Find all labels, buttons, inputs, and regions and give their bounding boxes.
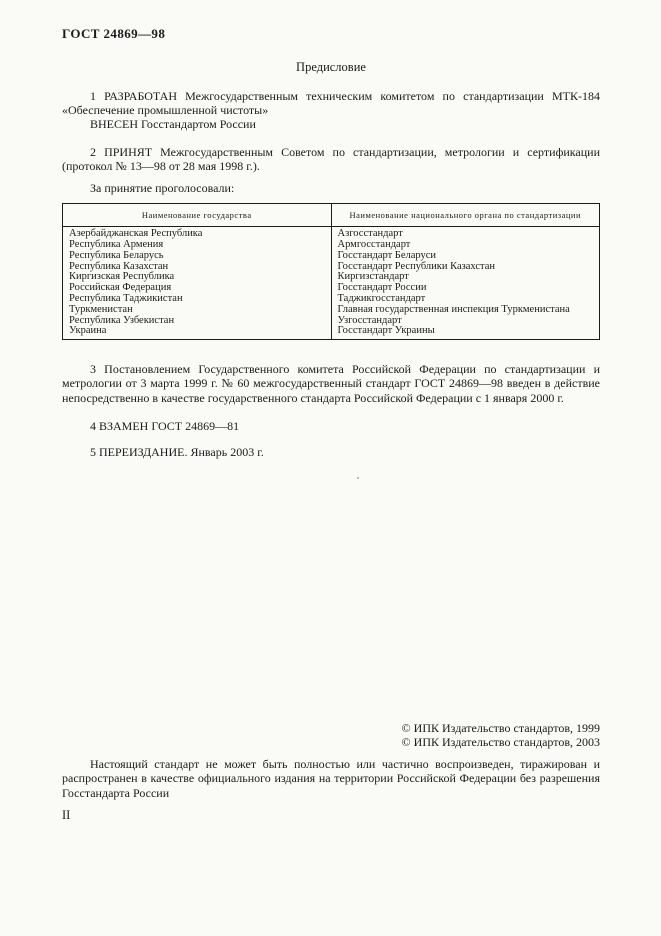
table-header-row: Наименование государства Наименование на…: [63, 204, 600, 227]
state-cell: Украина: [63, 326, 332, 339]
table-row: Украина Госстандарт Украины: [63, 326, 600, 339]
state-cell: Азербайджанская Республика: [63, 227, 332, 240]
doc-code: ГОСТ 24869—98: [62, 26, 600, 42]
copyright-line-1999: © ИПК Издательство стандартов, 1999: [62, 721, 600, 735]
table-row: Республика Беларусь Госстандарт Беларуси: [63, 251, 600, 262]
vote-table: Наименование государства Наименование на…: [62, 203, 600, 340]
document-page: ГОСТ 24869—98 Предисловие 1 РАЗРАБОТАН М…: [0, 0, 661, 936]
paragraph-decree: 3 Постановлением Государственного комите…: [62, 362, 600, 405]
body-cell: Азгосстандарт: [331, 227, 600, 240]
restriction-paragraph: Настоящий стандарт не может быть полност…: [62, 757, 600, 800]
copyright-block: © ИПК Издательство стандартов, 1999 © ИП…: [62, 721, 600, 749]
column-header-state: Наименование государства: [63, 204, 332, 227]
body-cell: Главная государственная инспекция Туркме…: [331, 305, 600, 316]
table-row: Азербайджанская Республика Азгосстандарт: [63, 227, 600, 240]
paragraph-replaces: 4 ВЗАМЕН ГОСТ 24869—81: [62, 419, 600, 433]
state-cell: Республика Беларусь: [63, 251, 332, 262]
paragraph-submitted: ВНЕСЕН Госстандартом России: [62, 117, 600, 131]
body-cell: Госстандарт Беларуси: [331, 251, 600, 262]
page-number: II: [62, 808, 600, 823]
paragraph-adopted: 2 ПРИНЯТ Межгосударственным Советом по с…: [62, 145, 600, 173]
state-cell: Туркменистан: [63, 305, 332, 316]
page-title: Предисловие: [62, 60, 600, 75]
copyright-line-2003: © ИПК Издательство стандартов, 2003: [62, 735, 600, 749]
body-cell: Госстандарт Украины: [331, 326, 600, 339]
paragraph-developed: 1 РАЗРАБОТАН Межгосударственным техничес…: [62, 89, 600, 117]
paragraph-reissue: 5 ПЕРЕИЗДАНИЕ. Январь 2003 г.: [62, 445, 600, 459]
column-header-body: Наименование национального органа по ста…: [331, 204, 600, 227]
table-row: Республика Узбекистан Узгосстандарт: [63, 316, 600, 327]
table-row: Туркменистан Главная государственная инс…: [63, 305, 600, 316]
vote-intro: За принятие проголосовали:: [62, 181, 600, 195]
scan-artifact-dot: [357, 477, 359, 479]
